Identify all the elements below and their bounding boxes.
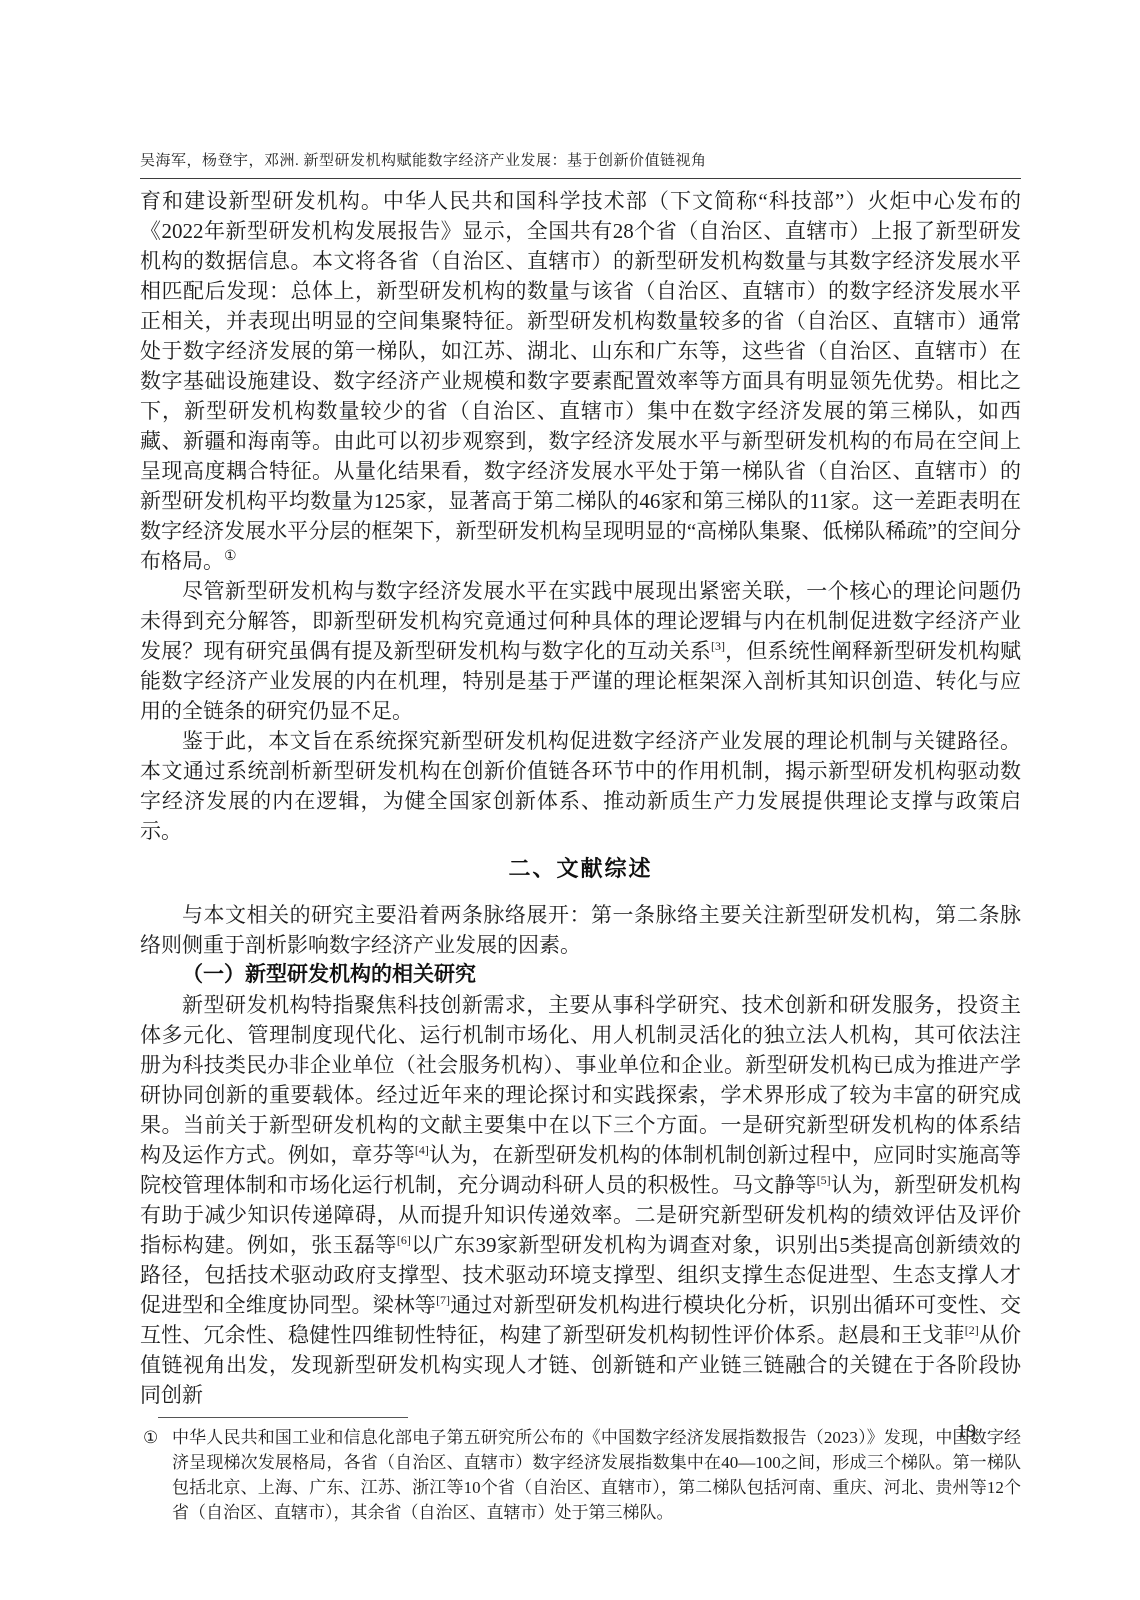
citation-ref-3: [3] — [711, 639, 725, 653]
paragraph-text: 育和建设新型研发机构。中华人民共和国科学技术部（下文简称“科技部”）火炬中心发布… — [140, 189, 1021, 573]
paragraph-text: 新型研发机构特指聚焦科技创新需求，主要从事科学研究、技术创新和研发服务，投资主体… — [140, 993, 1021, 1167]
paragraph: 鉴于此，本文旨在系统探究新型研发机构促进数字经济产业发展的理论机制与关键路径。本… — [140, 726, 1021, 846]
citation-ref-6: [6] — [397, 1233, 411, 1247]
subsection-heading-nrdi-research: （一）新型研发机构的相关研究 — [140, 960, 1021, 990]
footnote-divider — [158, 1417, 408, 1418]
page-number: 19 — [957, 1421, 976, 1443]
footnote-marker: ① — [140, 1425, 172, 1525]
paragraph: 新型研发机构特指聚焦科技创新需求，主要从事科学研究、技术创新和研发服务，投资主体… — [140, 990, 1021, 1410]
paragraph: 与本文相关的研究主要沿着两条脉络展开：第一条脉络主要关注新型研发机构，第二条脉络… — [140, 900, 1021, 960]
footnote-marker-superscript: ① — [224, 549, 237, 564]
section-heading-literature-review: 二、文献综述 — [140, 854, 1021, 884]
footnote-text: 中华人民共和国工业和信息化部电子第五研究所公布的《中国数字经济发展指数报告（20… — [172, 1425, 1021, 1525]
citation-ref-7: [7] — [436, 1293, 450, 1307]
article-body: 育和建设新型研发机构。中华人民共和国科学技术部（下文简称“科技部”）火炬中心发布… — [140, 186, 1021, 1525]
paragraph-continued: 育和建设新型研发机构。中华人民共和国科学技术部（下文简称“科技部”）火炬中心发布… — [140, 186, 1021, 576]
footnote: ① 中华人民共和国工业和信息化部电子第五研究所公布的《中国数字经济发展指数报告（… — [140, 1425, 1021, 1525]
citation-ref-5: [5] — [817, 1173, 831, 1187]
citation-ref-2: [2] — [965, 1323, 979, 1337]
paper-page: 吴海军，杨登宇，邓洲. 新型研发机构赋能数字经济产业发展：基于创新价值链视角 育… — [0, 0, 1140, 1600]
running-header: 吴海军，杨登宇，邓洲. 新型研发机构赋能数字经济产业发展：基于创新价值链视角 — [140, 149, 1021, 179]
paragraph: 尽管新型研发机构与数字经济发展水平在实践中展现出紧密关联，一个核心的理论问题仍未… — [140, 576, 1021, 726]
citation-ref-4: [4] — [415, 1143, 429, 1157]
